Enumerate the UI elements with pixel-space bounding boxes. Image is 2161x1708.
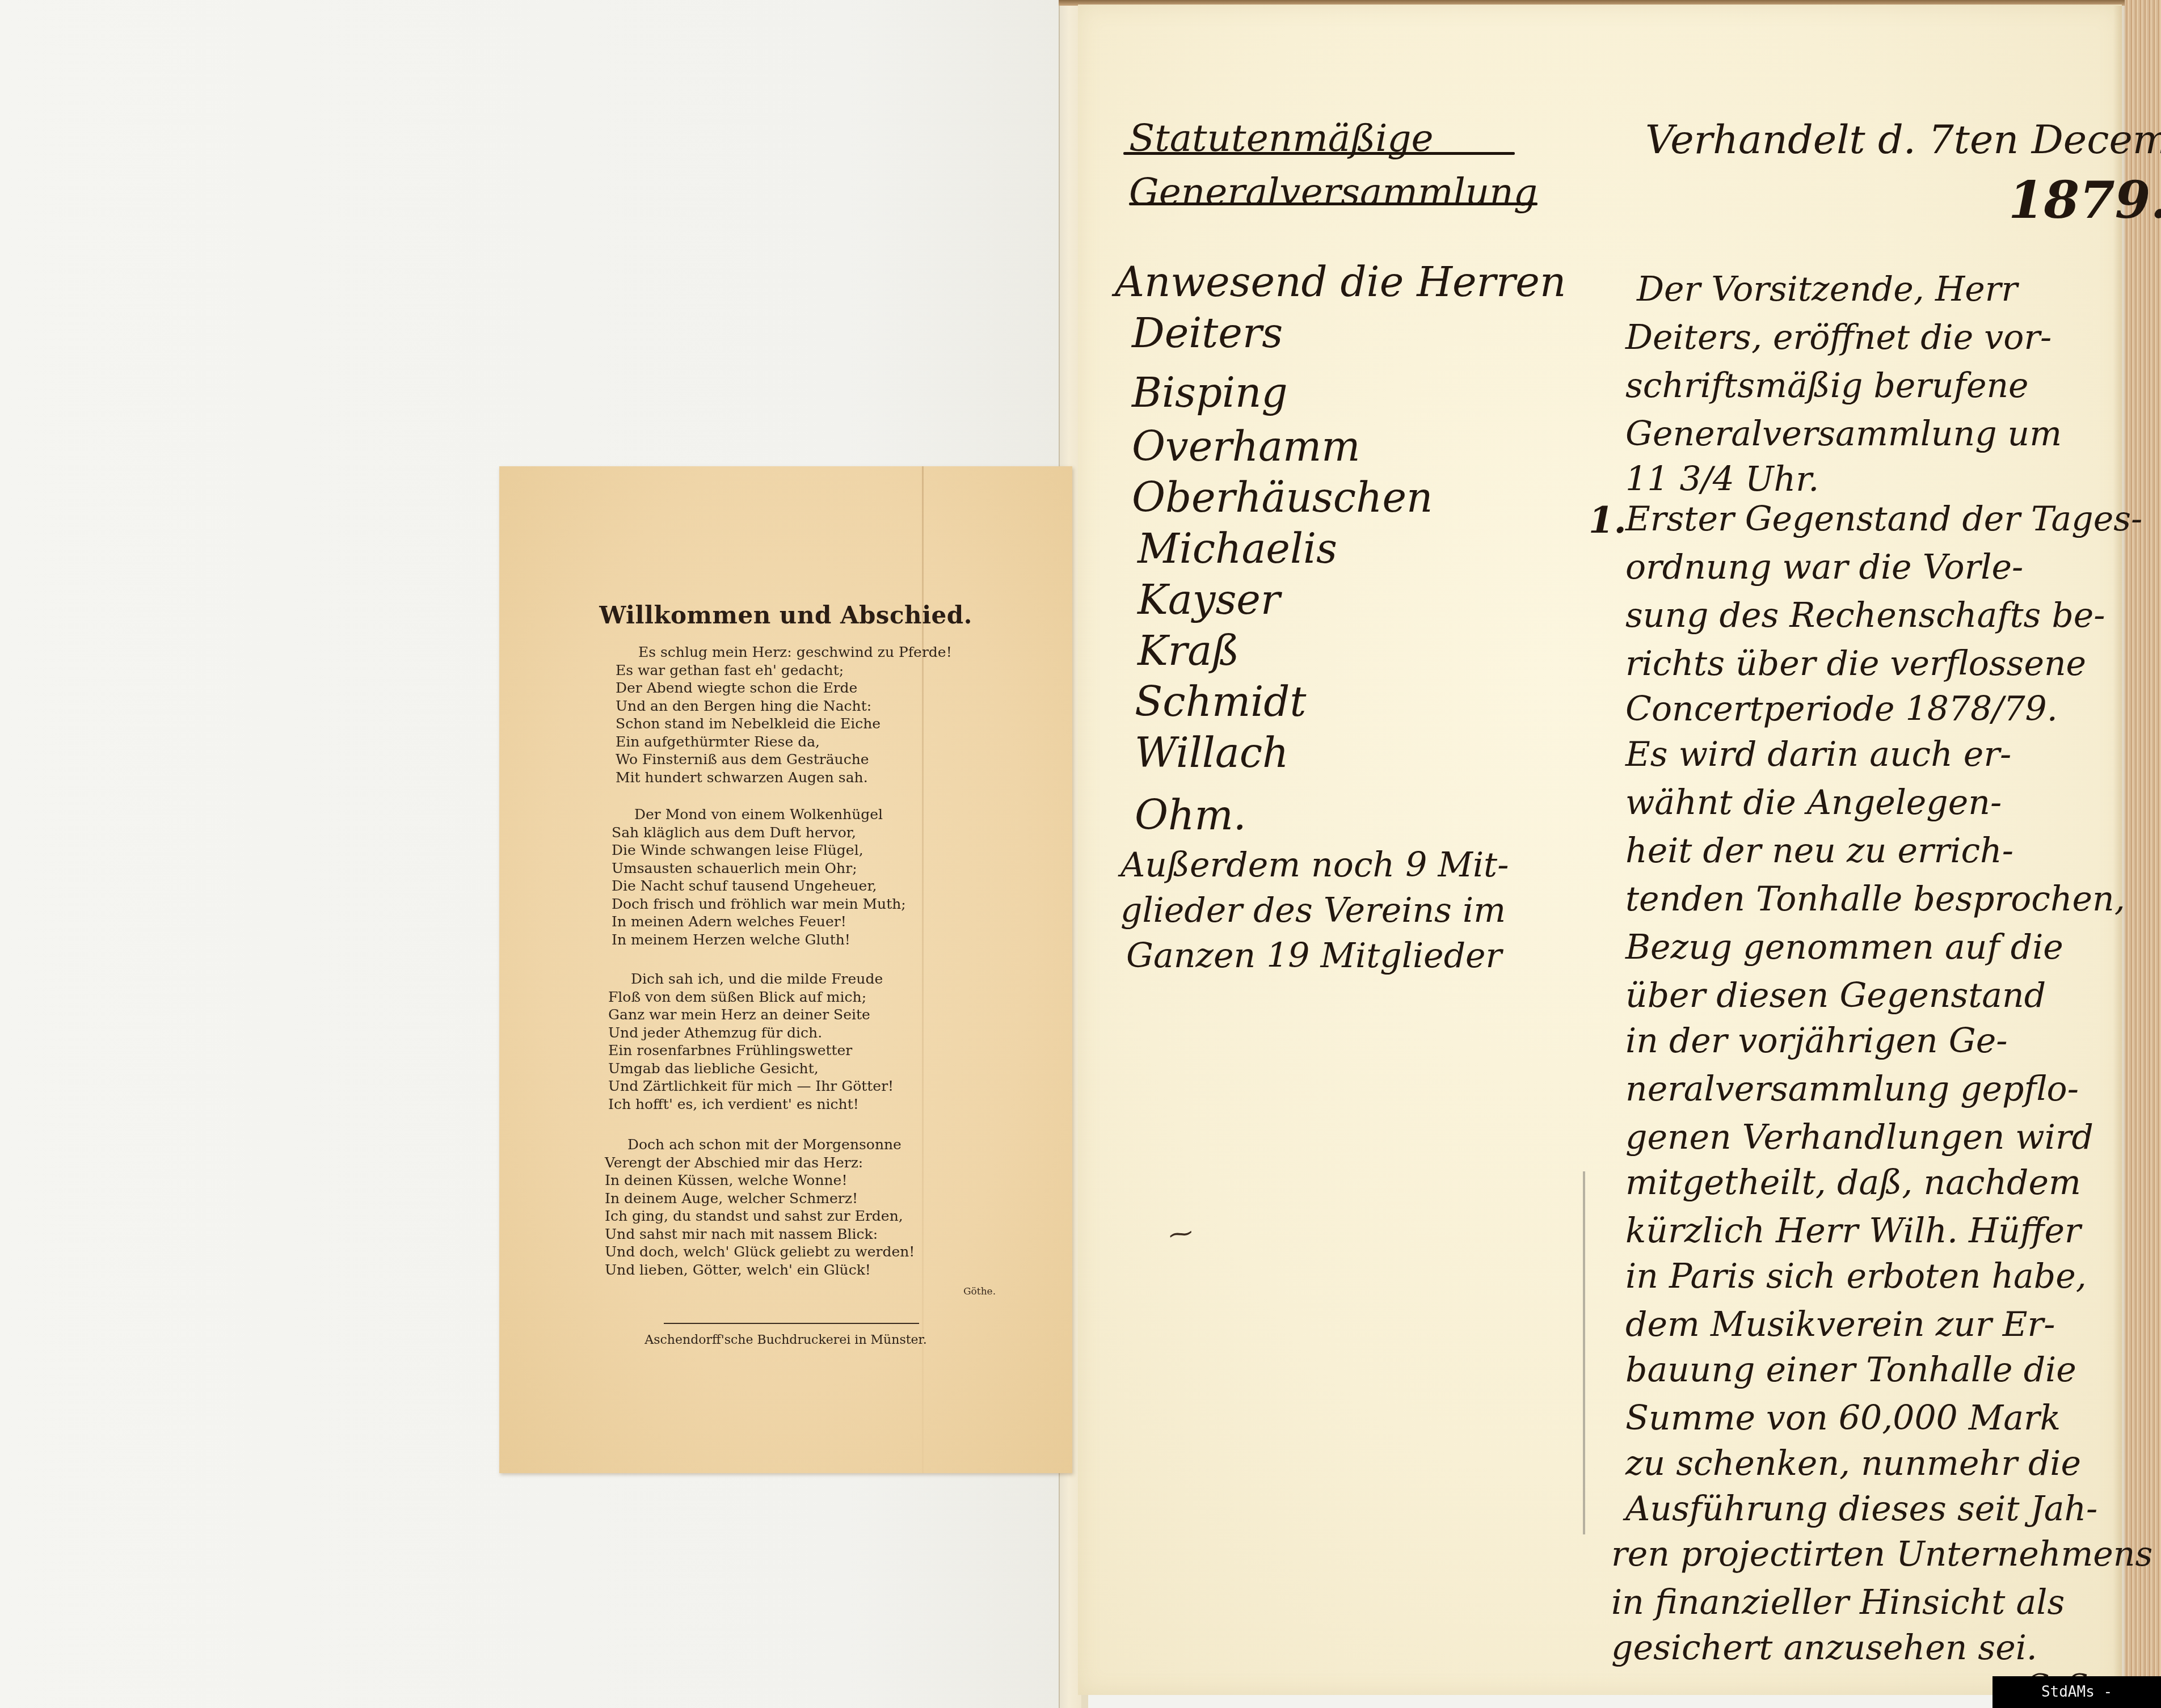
minutes-line: in finanzieller Hinsicht als [1611, 1583, 2065, 1622]
minutes-line: Ausführung dieses seit Jah- [1625, 1489, 2097, 1529]
minutes-line: 11 3/4 Uhr. [1625, 459, 1819, 499]
poem-line: Doch frisch und fröhlich war mein Muth; [612, 895, 975, 913]
minutes-line: in der vorjährigen Ge- [1625, 1021, 2008, 1061]
poem-stanza-4: Doch ach schon mit der Morgensonne Veren… [605, 1136, 968, 1279]
note-line: Außerdem noch 9 Mit- [1120, 845, 1509, 885]
minutes-line: kürzlich Herr Wilh. Hüffer [1625, 1211, 2081, 1251]
heading-line-2: Generalversammlung [1129, 170, 1537, 214]
member-name: Deiters [1132, 309, 1283, 357]
minutes-line: ren projectirten Unternehmens [1611, 1534, 2152, 1574]
minutes-line: neralversammlung gepflo- [1625, 1069, 2079, 1109]
poem-line: In deinen Küssen, welche Wonne! [605, 1171, 968, 1190]
poem-title: Willkommen und Abschied. [499, 601, 1072, 629]
poem-line: Und lieben, Götter, welch' ein Glück! [605, 1261, 968, 1279]
poem-line: Es war gethan fast eh' gedacht; [616, 661, 979, 680]
minutes-line: Deiters, eröffnet die vor- [1625, 318, 2052, 357]
poem-line: Dich sah ich, und die milde Freude [608, 970, 971, 988]
heading-underline-1 [1123, 152, 1515, 155]
meeting-year: 1879. [2008, 170, 2161, 230]
page-edge-shadow [2113, 6, 2126, 1702]
minutes-line: Concertperiode 1878/79. [1625, 689, 2058, 729]
poem-line: Die Nacht schuf tausend Ungeheuer, [612, 877, 975, 895]
pencil-margin-line [1583, 1171, 1585, 1534]
member-name: Kraß [1138, 627, 1239, 674]
poem-line: Ich ging, du standst und sahst zur Erden… [605, 1207, 968, 1225]
attendance-intro: Anwesend die Herren [1115, 258, 1566, 306]
poem-line: Ein aufgethürmter Riese da, [616, 733, 979, 751]
poem-line: Ich hofft' es, ich verdient' es nicht! [608, 1095, 971, 1114]
poem-stanza-2: Der Mond von einem Wolkenhügel Sah klägl… [612, 805, 975, 948]
member-name: Schmidt [1135, 678, 1306, 726]
member-name: Overhamm [1132, 423, 1360, 470]
poem-line: Und doch, welch' Glück geliebt zu werden… [605, 1243, 968, 1261]
poem-line: Ganz war mein Herz an deiner Seite [608, 1006, 971, 1024]
minutes-line: Summe von 60,000 Mark [1625, 1398, 2061, 1438]
member-name: Willach [1135, 729, 1288, 777]
minutes-line: zu schenken, nunmehr die [1625, 1444, 2081, 1483]
minutes-line: Generalversammlung um [1625, 414, 2062, 454]
minutes-line: ordnung war die Vorle- [1625, 547, 2023, 587]
member-name: Michaelis [1138, 525, 1337, 572]
poem-line: Und jeder Athemzug für dich. [608, 1024, 971, 1042]
minutes-line: richts über die verflossene [1625, 644, 2086, 684]
heading-underline-2 [1129, 203, 1537, 205]
minutes-line: mitgetheilt, daß, nachdem [1625, 1163, 2081, 1203]
note-line: Ganzen 19 Mitglieder [1126, 936, 1502, 976]
minutes-line: bauung einer Tonhalle die [1625, 1350, 2076, 1390]
poem-line: In deinem Auge, welcher Schmerz! [605, 1190, 968, 1208]
poem-line: Und an den Bergen hing die Nacht: [616, 697, 979, 715]
poem-line: Der Abend wiegte schon die Erde [616, 679, 979, 697]
minutes-line: heit der neu zu errich- [1625, 831, 2013, 871]
poem-line: In meinem Herzen welche Gluth! [612, 931, 975, 949]
pasted-poem-leaflet: Willkommen und Abschied. Es schlug mein … [499, 466, 1072, 1473]
member-name: Bisping [1132, 369, 1287, 416]
minutes-line: Es wird darin auch er- [1625, 735, 2011, 774]
poem-author: Göthe. [963, 1286, 996, 1297]
member-name: Oberhäuschen [1132, 474, 1433, 521]
printer-imprint: Aschendorff'sche Buchdruckerei in Münste… [499, 1333, 1072, 1347]
printer-rule [664, 1323, 919, 1324]
poem-line: Umgab das liebliche Gesicht, [608, 1060, 971, 1078]
poem-line: Der Mond von einem Wolkenhügel [612, 805, 975, 824]
minutes-line: über diesen Gegenstand [1625, 976, 2046, 1015]
minutes-line: in Paris sich erboten habe, [1625, 1256, 2087, 1296]
minutes-line: gesichert anzusehen sei. [1611, 1628, 2037, 1668]
poem-line: Mit hundert schwarzen Augen sah. [616, 769, 979, 787]
poem-stanza-1: Es schlug mein Herz: geschwind zu Pferde… [616, 643, 979, 786]
minutes-line: Bezug genommen auf die [1625, 927, 2063, 967]
member-name: Ohm. [1135, 791, 1246, 839]
minutes-line: tenden Tonhalle besprochen, [1625, 879, 2125, 919]
minutes-line: Der Vorsitzende, Herr [1637, 269, 2017, 309]
poem-line: Und Zärtlichkeit für mich — Ihr Götter! [608, 1077, 971, 1095]
poem-line: Floß von dem süßen Blick auf mich; [608, 988, 971, 1006]
archive-reference-label: StdAMs - MV_003_079 [1992, 1676, 2161, 1708]
poem-line: Und sahst mir nach mit nassem Blick: [605, 1225, 968, 1243]
poem-line: Sah kläglich aus dem Duft hervor, [612, 824, 975, 842]
note-line: glieder des Vereins im [1120, 891, 1506, 930]
poem-line: In meinen Adern welches Feuer! [612, 913, 975, 931]
poem-line: Es schlug mein Herz: geschwind zu Pferde… [616, 643, 979, 661]
minutes-line: wähnt die Angelegen- [1625, 783, 2002, 823]
book-fore-edge [2125, 0, 2161, 1708]
minutes-line: schriftsmäßig berufene [1625, 366, 2029, 406]
poem-stanza-3: Dich sah ich, und die milde Freude Floß … [608, 970, 971, 1113]
minutes-line: dem Musikverein zur Er- [1625, 1305, 2055, 1344]
ink-flourish-mark: ⁓ [1167, 1218, 1194, 1249]
poem-line: Ein rosenfarbnes Frühlingswetter [608, 1041, 971, 1060]
poem-line: Doch ach schon mit der Morgensonne [605, 1136, 968, 1154]
poem-line: Schon stand im Nebelkleid die Eiche [616, 715, 979, 733]
minutes-line: sung des Rechenschafts be- [1625, 596, 2105, 635]
poem-line: Wo Finsterniß aus dem Gesträuche [616, 750, 979, 769]
poem-line: Umsausten schauerlich mein Ohr; [612, 859, 975, 878]
poem-line: Verengt der Abschied mir das Herz: [605, 1154, 968, 1172]
member-name: Kayser [1138, 576, 1280, 623]
minutes-line: genen Verhandlungen wird [1625, 1117, 2093, 1157]
meeting-date: Verhandelt d. 7ten December [1645, 116, 2161, 163]
agenda-item-number: 1. [1589, 499, 1627, 542]
minutes-line: Erster Gegenstand der Tages- [1625, 499, 2142, 539]
poem-line: Die Winde schwangen leise Flügel, [612, 841, 975, 859]
